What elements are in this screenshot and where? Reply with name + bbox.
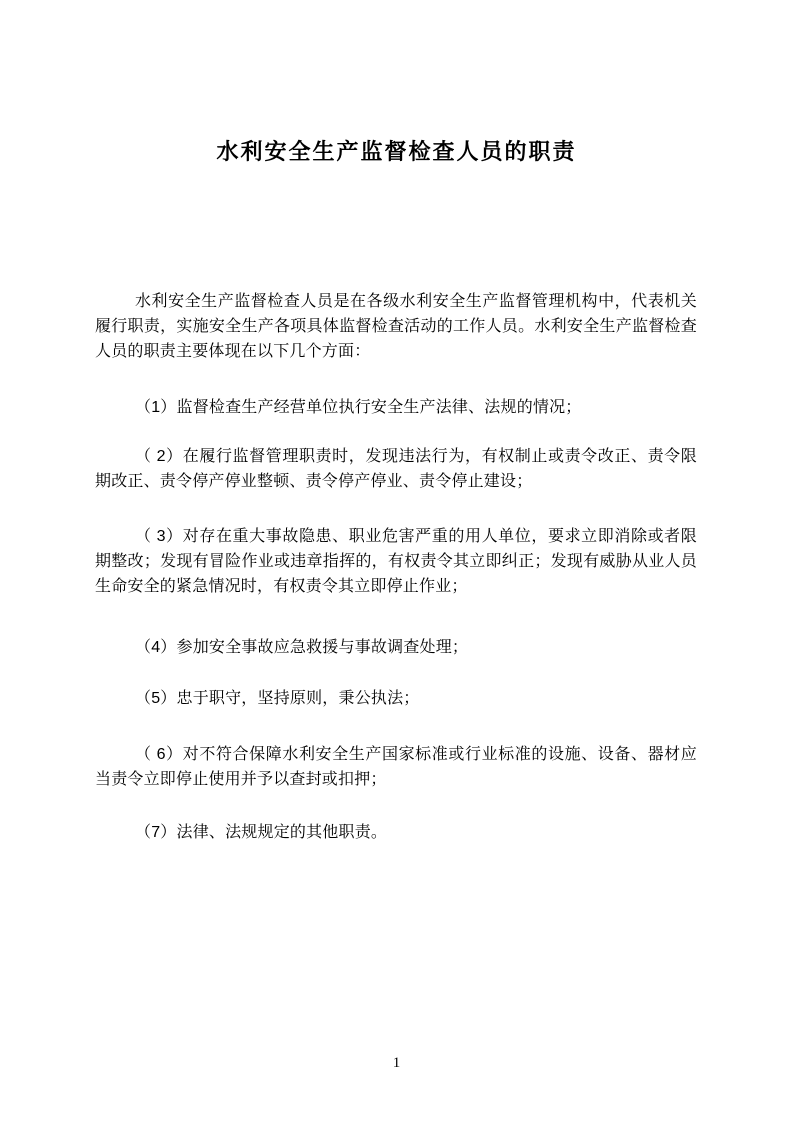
duty-item-7: （7）法律、法规规定的其他职责。 [95,820,697,845]
page-number: 1 [0,1051,793,1075]
duty-item-5: （5）忠于职守，坚持原则，秉公执法； [95,686,697,711]
document-title: 水利安全生产监督检查人员的职责 [0,138,793,166]
duty-item-3: （ 3）对存在重大事故隐患、职业危害严重的用人单位，要求立即消除或者限期整改；发… [95,524,697,599]
duty-item-4: （4）参加安全事故应急救援与事故调查处理； [95,635,697,660]
duty-item-1: （1）监督检查生产经营单位执行安全生产法律、法规的情况； [95,395,697,420]
duty-item-6: （ 6）对不符合保障水利安全生产国家标准或行业标准的设施、设备、器材应当责令立即… [95,742,697,792]
document-page: 水利安全生产监督检查人员的职责 水利安全生产监督检查人员是在各级水利安全生产监督… [0,0,793,1122]
intro-paragraph: 水利安全生产监督检查人员是在各级水利安全生产监督管理机构中，代表机关履行职责，实… [95,289,697,364]
duty-item-2: （ 2）在履行监督管理职责时，发现违法行为，有权制止或责令改正、责令限期改正、责… [95,444,697,494]
